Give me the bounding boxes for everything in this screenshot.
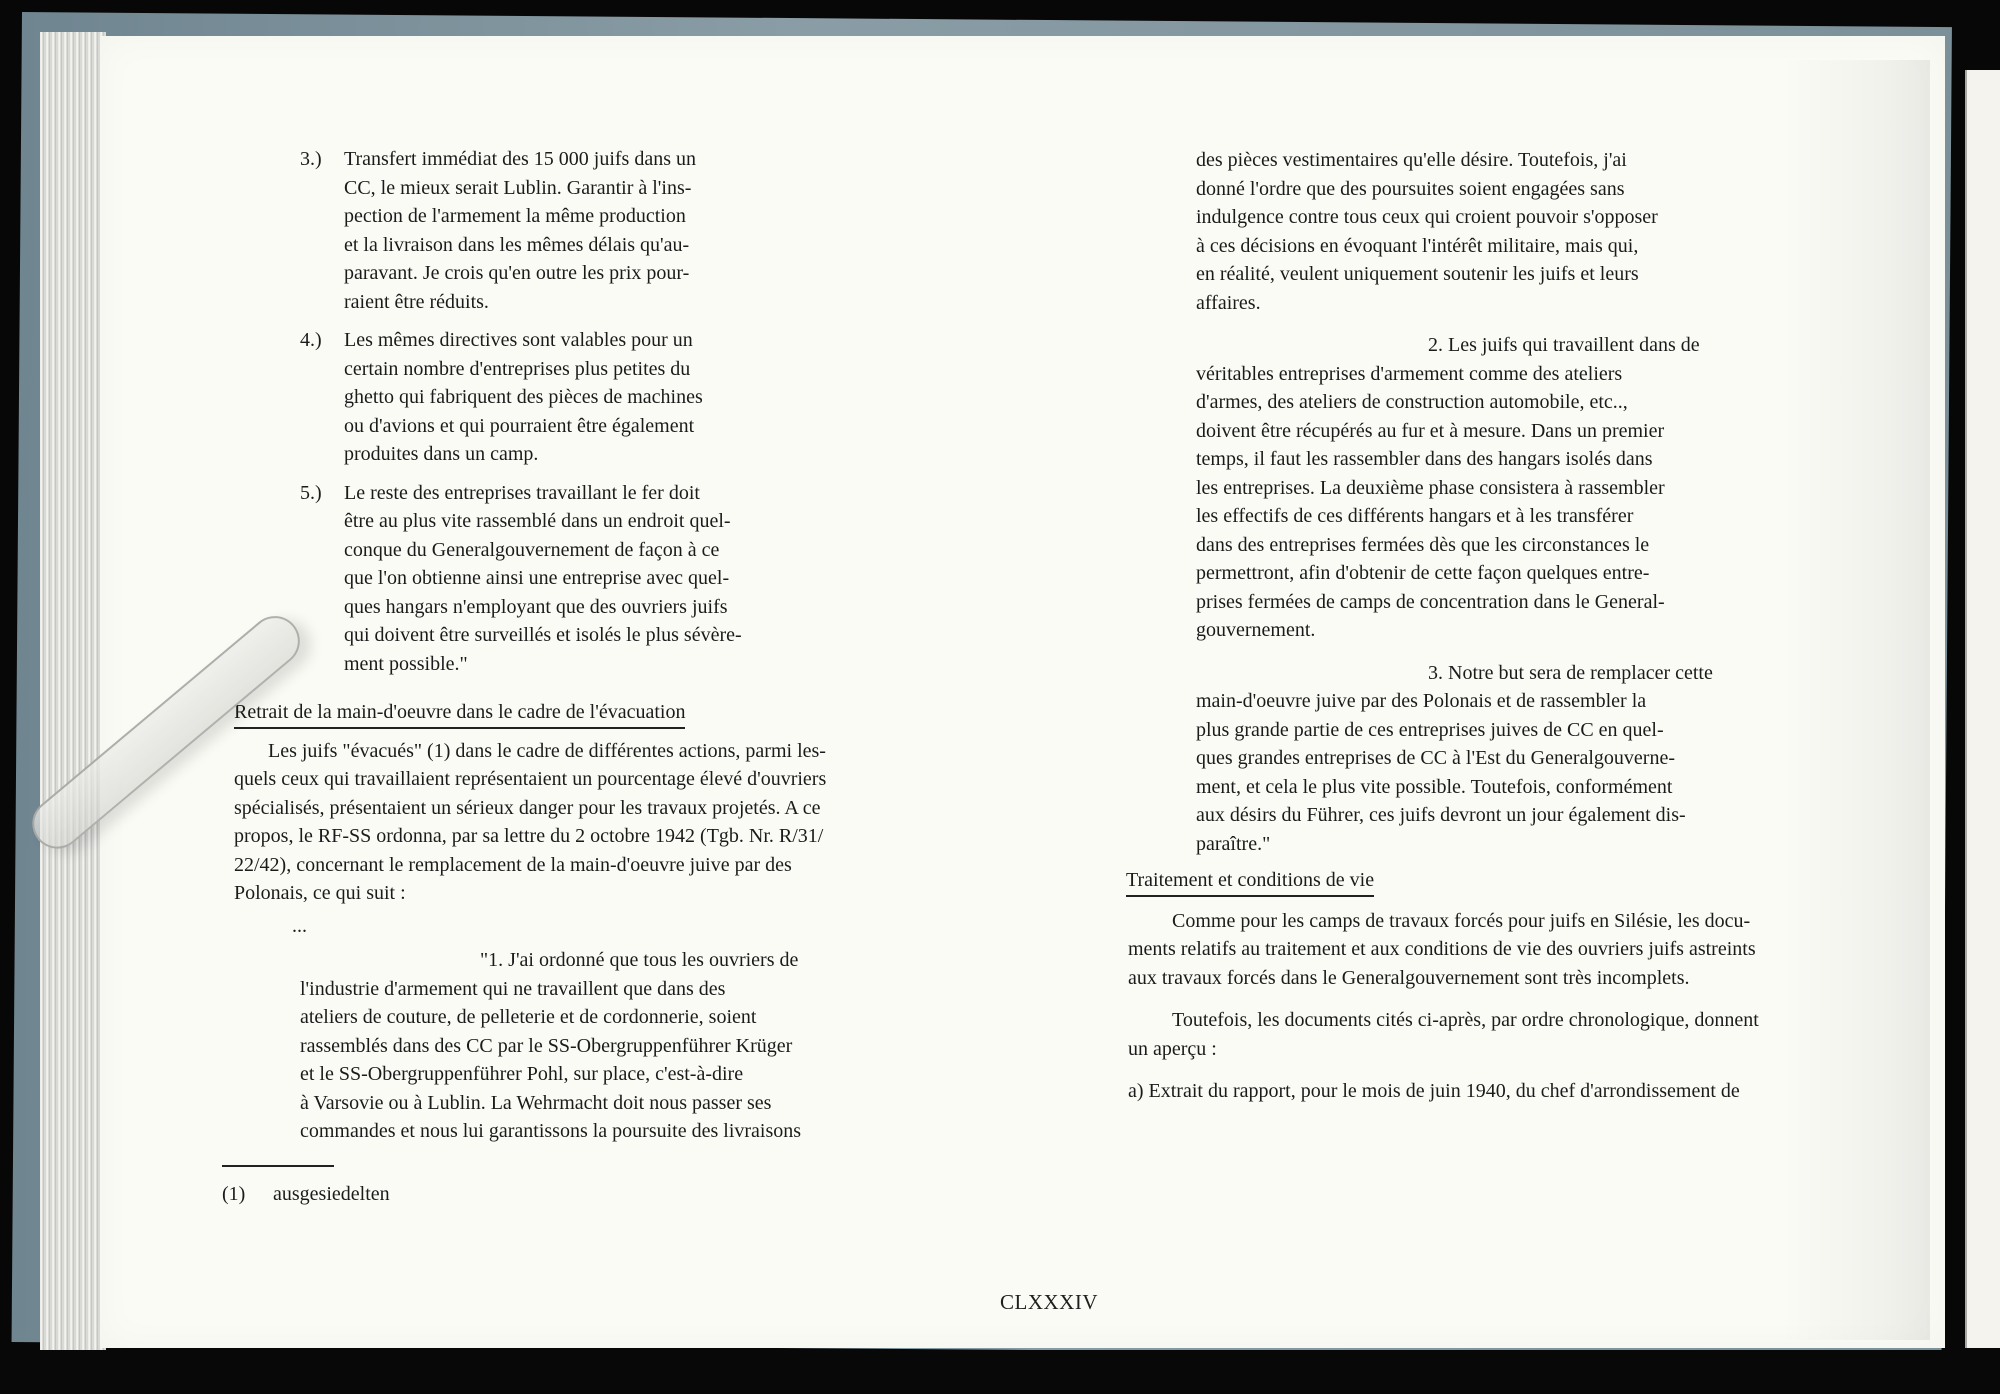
text-line: ment, et cela le plus vite possible. Tou… (1196, 773, 1898, 802)
text-line: Les juifs "évacués" (1) dans le cadre de… (234, 737, 1000, 766)
text-line: véritables entreprises d'armement comme … (1196, 360, 1898, 389)
paragraph-toutefois: Toutefois, les documents cités ci-après,… (1128, 1006, 1898, 1063)
text-line: produites dans un camp. (344, 440, 1000, 469)
text-line: d'armes, des ateliers de construction au… (1196, 388, 1898, 417)
page-number: CLXXXIV (1000, 1290, 1098, 1315)
quote-point-3: 3. Notre but sera de remplacer cette mai… (1128, 659, 1898, 859)
text-line: quels ceux qui travaillaient représentai… (234, 765, 1000, 794)
text-line: pection de l'armement la même production (344, 202, 1000, 231)
text-line: que l'on obtienne ainsi une entreprise a… (344, 564, 1000, 593)
text-line: conque du Generalgouvernement de façon à… (344, 536, 1000, 565)
text-line: affaires. (1196, 289, 1898, 318)
text-line: l'industrie d'armement qui ne travaillen… (300, 975, 1000, 1004)
section-heading-traitement: Traitement et conditions de vie (1126, 866, 1374, 897)
text-line: "1. J'ai ordonné que tous les ouvriers d… (300, 946, 1000, 975)
item-a: a) Extrait du rapport, pour le mois de j… (1128, 1077, 1898, 1106)
spacer (1128, 1063, 1898, 1077)
ellipsis: ... (292, 912, 1000, 941)
text-line: et le SS-Obergruppenführer Pohl, sur pla… (300, 1060, 1000, 1089)
text-line: plus grande partie de ces entreprises ju… (1196, 716, 1898, 745)
text-line: qui doivent être surveillés et isolés le… (344, 621, 1000, 650)
text-line: des pièces vestimentaires qu'elle désire… (1196, 146, 1898, 175)
text-line: permettront, afin d'obtenir de cette faç… (1196, 559, 1898, 588)
text-line: 3. Notre but sera de remplacer cette (1196, 659, 1898, 688)
text-line: spécialisés, présentaient un sérieux dan… (234, 794, 1000, 823)
spacer (1128, 992, 1898, 1006)
text-line: les entreprises. La deuxième phase consi… (1196, 474, 1898, 503)
text-line: ques grandes entreprises de CC à l'Est d… (1196, 744, 1898, 773)
text-line: Comme pour les camps de travaux forcés p… (1128, 907, 1898, 936)
text-line: ateliers de couture, de pelleterie et de… (300, 1003, 1000, 1032)
next-page-edge (1965, 70, 2000, 1348)
text-line: ou d'avions et qui pourraient être égale… (344, 412, 1000, 441)
footnote: (1) ausgesiedelten (222, 1183, 390, 1206)
text-line: 22/42), concernant le remplacement de la… (234, 851, 1000, 880)
text-line: Polonais, ce qui suit : (234, 879, 1000, 908)
text-line: propos, le RF-SS ordonna, par sa lettre … (234, 822, 1000, 851)
text-line: commandes et nous lui garantissons la po… (300, 1117, 1000, 1146)
spacer (1128, 317, 1898, 331)
text-line: raient être réduits. (344, 288, 1000, 317)
spacer (1128, 645, 1898, 659)
text-line: Transfert immédiat des 15 000 juifs dans… (344, 145, 1000, 174)
text-line: CC, le mieux serait Lublin. Garantir à l… (344, 174, 1000, 203)
text-line: prises fermées de camps de concentration… (1196, 588, 1898, 617)
paragraph-evacues: Les juifs "évacués" (1) dans le cadre de… (234, 737, 1000, 908)
text-line: en réalité, veulent uniquement soutenir … (1196, 260, 1898, 289)
text-line: les effectifs de ces différents hangars … (1196, 502, 1898, 531)
text-line: à ces décisions en évoquant l'intérêt mi… (1196, 232, 1898, 261)
quote-continuation: des pièces vestimentaires qu'elle désire… (1128, 146, 1898, 317)
text-line: être au plus vite rassemblé dans un endr… (344, 507, 1000, 536)
list-item-5: 5.) Le reste des entreprises travaillant… (300, 479, 1000, 679)
text-line: paravant. Je crois qu'en outre les prix … (344, 259, 1000, 288)
text-line: donné l'ordre que des poursuites soient … (1196, 175, 1898, 204)
footnote-number: (1) (222, 1183, 268, 1206)
text-line: ques hangars n'employant que des ouvrier… (344, 593, 1000, 622)
section-heading-retrait: Retrait de la main-d'oeuvre dans le cadr… (234, 698, 685, 729)
text-line: dans des entreprises fermées dès que les… (1196, 531, 1898, 560)
text-line: Les mêmes directives sont valables pour … (344, 326, 1000, 355)
item-number: 5.) (300, 479, 344, 679)
text-line: main-d'oeuvre juive par des Polonais et … (1196, 687, 1898, 716)
text-line: Le reste des entreprises travaillant le … (344, 479, 1000, 508)
text-line: gouvernement. (1196, 616, 1898, 645)
text-line: aux désirs du Führer, ces juifs devront … (1196, 801, 1898, 830)
text-line: certain nombre d'entreprises plus petite… (344, 355, 1000, 384)
text-line: indulgence contre tous ceux qui croient … (1196, 203, 1898, 232)
text-line: et la livraison dans les mêmes délais qu… (344, 231, 1000, 260)
text-line: aux travaux forcés dans le Generalgouver… (1128, 964, 1898, 993)
background-bottom (0, 1350, 2000, 1394)
page-stack-edge (40, 32, 106, 1352)
text-line: ment possible." (344, 650, 1000, 679)
item-number: 3.) (300, 145, 344, 316)
footnote-rule (222, 1165, 334, 1167)
paragraph-comme-pour: Comme pour les camps de travaux forcés p… (1128, 907, 1898, 993)
text-line: ments relatifs au traitement et aux cond… (1128, 935, 1898, 964)
text-line: 2. Les juifs qui travaillent dans de (1196, 331, 1898, 360)
text-line: à Varsovie ou à Lublin. La Wehrmacht doi… (300, 1089, 1000, 1118)
list-item-4: 4.) Les mêmes directives sont valables p… (300, 326, 1000, 469)
text-line: rassemblés dans des CC par le SS-Obergru… (300, 1032, 1000, 1061)
text-line: doivent être récupérés au fur et à mesur… (1196, 417, 1898, 446)
text-line: temps, il faut les rassembler dans des h… (1196, 445, 1898, 474)
text-line: un aperçu : (1128, 1035, 1898, 1064)
text-line: Toutefois, les documents cités ci-après,… (1128, 1006, 1898, 1035)
right-page-text: des pièces vestimentaires qu'elle désire… (1128, 146, 1898, 1106)
quote-point-2: 2. Les juifs qui travaillent dans de vér… (1128, 331, 1898, 645)
text-line: ghetto qui fabriquent des pièces de mach… (344, 383, 1000, 412)
footnote-text: ausgesiedelten (273, 1183, 390, 1205)
list-item-3: 3.) Transfert immédiat des 15 000 juifs … (300, 145, 1000, 316)
item-number: 4.) (300, 326, 344, 469)
left-page-text: 3.) Transfert immédiat des 15 000 juifs … (300, 145, 1000, 1146)
quote-block: "1. J'ai ordonné que tous les ouvriers d… (300, 946, 1000, 1146)
text-line: paraître." (1196, 830, 1898, 859)
